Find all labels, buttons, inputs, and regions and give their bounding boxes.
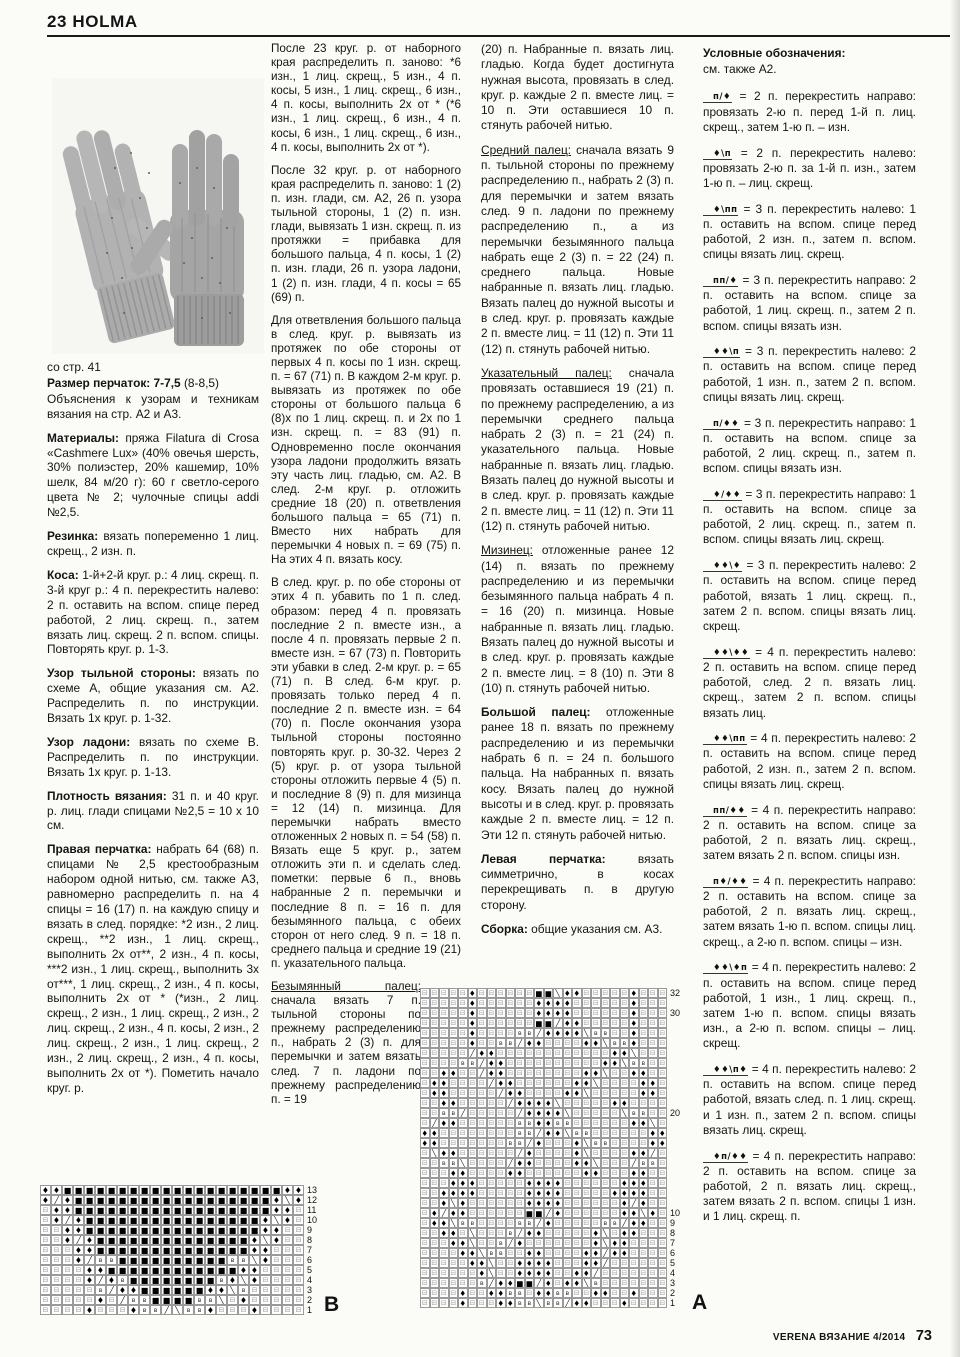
- page-title: 23 HOLMA: [47, 12, 138, 32]
- chart-cell: ⊟: [658, 1198, 668, 1208]
- chart-cell: ⊟: [62, 1305, 73, 1315]
- chart-cell: ⊟: [496, 1268, 506, 1278]
- chart-cell: ⊟: [629, 1138, 639, 1148]
- chart-cell: ■: [150, 1235, 161, 1245]
- chart-cell: ⊟: [534, 1078, 544, 1088]
- chart-cell: ⊟: [439, 1178, 449, 1188]
- chart-row: ⊟⊟⊟⊟⊟♦⊟⊟⊟⊟⊟⊟♦♦♦♦⊟⊟⊟⊟⊟⊟♦⊟⊟⊟30: [420, 1008, 680, 1018]
- chart-cell: ■: [161, 1185, 172, 1195]
- chart-cell: ╲: [468, 1228, 478, 1238]
- chart-cell: ⊟: [601, 1178, 611, 1188]
- chart-cell: ⊟: [458, 1278, 468, 1288]
- chart-cell: ♦: [515, 1088, 525, 1098]
- chart-cell: ⊟: [487, 1118, 497, 1128]
- chart-cell: ⊟: [572, 1188, 582, 1198]
- chart-cell: ♦: [458, 1288, 468, 1298]
- chart-cell: ⊟: [658, 1078, 668, 1088]
- chart-cell: ♦: [629, 1118, 639, 1128]
- chart-cell: ⊟: [282, 1245, 293, 1255]
- chart-cell: ♦: [205, 1285, 216, 1295]
- chart-cell: ■: [183, 1265, 194, 1275]
- chart-cell: ⊟: [620, 1168, 630, 1178]
- chart-cell: ⊟: [658, 1018, 668, 1028]
- chart-cell: ■: [161, 1195, 172, 1205]
- chart-cell: ⊟: [430, 998, 440, 1008]
- chart-cell: ♦: [620, 1098, 630, 1108]
- chart-cell: ⊟: [260, 1285, 271, 1295]
- chart-cell: ⊟: [658, 1088, 668, 1098]
- chart-cell: ⊟: [648, 1288, 658, 1298]
- chart-cell: ♦: [95, 1295, 106, 1305]
- chart-cell: ♦: [506, 1088, 516, 1098]
- chart-cell: ♦: [84, 1245, 95, 1255]
- chart-cell: ⊟: [282, 1255, 293, 1265]
- chart-cell: ⊟: [658, 1188, 668, 1198]
- chart-cell: ♦: [238, 1295, 249, 1305]
- chart-cell: ⊟: [293, 1305, 304, 1315]
- chart-cell: ╲: [601, 1068, 611, 1078]
- stitch-symbol-icon: пп/♦: [703, 277, 738, 287]
- chart-cell: ⊟: [73, 1275, 84, 1285]
- chart-cell: ♦: [534, 1008, 544, 1018]
- chart-cell: ⊟: [420, 1038, 430, 1048]
- chart-cell: ⊟: [582, 1208, 592, 1218]
- chart-cell: ⊟: [477, 1028, 487, 1038]
- chart-cell: ⊟: [430, 988, 440, 998]
- chart-cell: ╱: [544, 1208, 554, 1218]
- chart-cell: ⊟: [620, 1088, 630, 1098]
- chart-cell: ⊟: [553, 1058, 563, 1068]
- chart-cell: ♦: [458, 1178, 468, 1188]
- chart-cell: ⊟: [487, 1008, 497, 1018]
- chart-cell: ⊟: [260, 1305, 271, 1315]
- chart-cell: ■: [216, 1215, 227, 1225]
- chart-cell: ⊟: [639, 998, 649, 1008]
- chart-cell: ♦: [40, 1195, 51, 1205]
- chart-row: ⊟⊟⊟⊟⊟в╱♦♦■■■■■■♦♦╲в⊟⊟⊟⊟⊟3: [40, 1285, 317, 1295]
- chart-cell: ♦: [534, 1098, 544, 1108]
- chart-cell: ⊟: [601, 1128, 611, 1138]
- chart-cell: ■: [150, 1215, 161, 1225]
- chart-cell: ■: [260, 1195, 271, 1205]
- chart-cell: ♦: [468, 1038, 478, 1048]
- chart-cell: ⊟: [506, 1118, 516, 1128]
- paragraph-label: Резинка:: [47, 529, 98, 543]
- chart-cell: ♦: [84, 1235, 95, 1245]
- chart-row-number: 20: [670, 1108, 680, 1118]
- chart-cell: ⊟: [639, 1028, 649, 1038]
- chart-cell: ♦: [544, 1108, 554, 1118]
- chart-cell: ⊟: [563, 1188, 573, 1198]
- chart-cell: ⊟: [496, 988, 506, 998]
- chart-cell: ╱: [458, 1108, 468, 1118]
- chart-cell: ■: [161, 1255, 172, 1265]
- chart-cell: ⊟: [249, 1295, 260, 1305]
- chart-cell: ⊟: [648, 1048, 658, 1058]
- chart-cell: ■: [84, 1225, 95, 1235]
- chart-cell: ⊟: [544, 1228, 554, 1238]
- chart-cell: ⊟: [271, 1305, 282, 1315]
- chart-cell: ♦: [458, 1238, 468, 1248]
- chart-cell: ⊟: [420, 1028, 430, 1038]
- chart-cell: в: [525, 1028, 535, 1038]
- chart-cell: ⊟: [496, 1008, 506, 1018]
- chart-cell: ⊟: [282, 1275, 293, 1285]
- chart-a-label: А: [692, 1291, 707, 1315]
- chart-cell: ♦: [496, 1078, 506, 1088]
- chart-row: ⊟⊟♦╱♦■■■■■■■■■■■■■■♦╲♦⊟⊟8: [40, 1235, 317, 1245]
- chart-cell: ⊟: [62, 1255, 73, 1265]
- chart-cell: ■: [128, 1225, 139, 1235]
- chart-cell: ⊟: [106, 1305, 117, 1315]
- chart-cell: ⊟: [439, 1168, 449, 1178]
- paragraph: Средний палец: сначала вязать 9 п. тыльн…: [481, 143, 674, 357]
- chart-cell: ╲: [620, 1108, 630, 1118]
- chart-cell: ⊟: [553, 1088, 563, 1098]
- chart-cell: ■: [238, 1205, 249, 1215]
- chart-cell: ■: [139, 1255, 150, 1265]
- chart-cell: ♦: [648, 1128, 658, 1138]
- legend-item: ♦♦\пп = 4 п. перекрестить налево: 2 п. о…: [703, 731, 916, 792]
- chart-cell: ♦: [563, 1278, 573, 1288]
- chart-cell: ⊟: [639, 1238, 649, 1248]
- chart-cell: ⊟: [449, 1058, 459, 1068]
- column-1: со стр. 41Размер перчаток: 7-7,5 (8-8,5)…: [47, 360, 259, 1105]
- chart-cell: ♦: [544, 1028, 554, 1038]
- chart-cell: ⊟: [40, 1245, 51, 1255]
- chart-cell: в: [216, 1275, 227, 1285]
- chart-cell: ⊟: [458, 988, 468, 998]
- chart-cell: ⊟: [572, 1238, 582, 1248]
- chart-cell: ⊟: [610, 1118, 620, 1128]
- chart-cell: ♦: [534, 1138, 544, 1148]
- chart-cell: ■: [183, 1275, 194, 1285]
- chart-cell: ■: [172, 1195, 183, 1205]
- chart-cell: ♦: [62, 1195, 73, 1205]
- chart-cell: ♦: [658, 1128, 668, 1138]
- chart-cell: ♦: [572, 1298, 582, 1308]
- chart-cell: ■: [172, 1215, 183, 1225]
- chart-cell: ♦: [563, 1028, 573, 1038]
- chart-cell: ■: [128, 1265, 139, 1275]
- chart-cell: ⊟: [601, 1018, 611, 1028]
- chart-cell: ■: [172, 1245, 183, 1255]
- chart-cell: ♦: [496, 1058, 506, 1068]
- chart-cell: ⊟: [658, 1118, 668, 1128]
- chart-cell: ⊟: [468, 1198, 478, 1208]
- chart-cell: ⊟: [572, 1038, 582, 1048]
- chart-cell: ♦: [282, 1205, 293, 1215]
- chart-cell: ⊟: [439, 1258, 449, 1268]
- chart-cell: ╱: [477, 1058, 487, 1068]
- chart-cell: ⊟: [572, 1228, 582, 1238]
- chart-cell: ╲: [249, 1255, 260, 1265]
- chart-cell: ⊟: [293, 1285, 304, 1295]
- chart-cell: ⊟: [534, 1058, 544, 1068]
- legend-item: ♦п/♦♦ = 4 п. перекрестить направо: 2 п. …: [703, 1149, 916, 1225]
- chart-cell: ♦: [572, 1158, 582, 1168]
- chart-cell: ■: [106, 1215, 117, 1225]
- chart-cell: ⊟: [525, 1078, 535, 1088]
- chart-cell: ♦: [439, 1218, 449, 1228]
- chart-cell: ⊟: [639, 1138, 649, 1148]
- chart-cell: ♦: [544, 1268, 554, 1278]
- chart-cell: ⊟: [620, 988, 630, 998]
- chart-cell: ♦: [525, 1038, 535, 1048]
- chart-row-number: 13: [307, 1185, 317, 1195]
- chart-cell: ╱: [563, 1298, 573, 1308]
- chart-cell: ♦: [271, 1205, 282, 1215]
- chart-cell: ♦: [572, 1148, 582, 1158]
- chart-cell: ♦: [430, 1218, 440, 1228]
- chart-cell: ╲: [553, 988, 563, 998]
- chart-cell: ⊟: [515, 1018, 525, 1028]
- chart-cell: ⊟: [544, 1048, 554, 1058]
- chart-cell: ♦: [629, 1038, 639, 1048]
- chart-cell: ♦: [468, 1028, 478, 1038]
- paragraph: Указательный палец: сначала провязать ос…: [481, 366, 674, 534]
- chart-cell: ♦: [477, 1048, 487, 1058]
- chart-cell: ■: [139, 1185, 150, 1195]
- chart-cell: в: [496, 1238, 506, 1248]
- chart-cell: в: [563, 1288, 573, 1298]
- chart-cell: ⊟: [572, 1058, 582, 1068]
- chart-cell: ⊟: [563, 1238, 573, 1248]
- chart-cell: ♦: [582, 1258, 592, 1268]
- chart-cell: ♦: [629, 1228, 639, 1238]
- chart-cell: ♦: [117, 1285, 128, 1295]
- chart-cell: ╲: [477, 1248, 487, 1258]
- chart-cell: ♦: [544, 1098, 554, 1108]
- chart-cell: ⊟: [487, 1298, 497, 1308]
- chart-cell: ♦: [62, 1235, 73, 1245]
- chart-cell: ■: [95, 1225, 106, 1235]
- chart-cell: ⊟: [477, 1118, 487, 1128]
- chart-cell: ⊟: [591, 1148, 601, 1158]
- chart-cell: ⊟: [458, 1038, 468, 1048]
- chart-cell: ■: [150, 1255, 161, 1265]
- chart-cell: ♦: [439, 1088, 449, 1098]
- chart-cell: ⊟: [572, 1218, 582, 1228]
- chart-cell: ⊟: [51, 1295, 62, 1305]
- chart-cell: ⊟: [430, 1028, 440, 1038]
- chart-cell: ♦: [639, 1218, 649, 1228]
- chart-cell: ⊟: [487, 1218, 497, 1228]
- chart-cell: ⊟: [227, 1295, 238, 1305]
- chart-cell: ⊟: [51, 1285, 62, 1295]
- chart-cell: ⊟: [260, 1295, 271, 1305]
- chart-cell: ⊟: [582, 1188, 592, 1198]
- chart-cell: ⊟: [496, 1188, 506, 1198]
- chart-cell: в: [227, 1255, 238, 1265]
- stitch-symbol-icon: п♦/♦♦: [703, 878, 748, 888]
- chart-cell: ♦: [106, 1275, 117, 1285]
- chart-cell: ⊟: [515, 1058, 525, 1068]
- chart-cell: ⊟: [658, 1158, 668, 1168]
- chart-cell: ⊟: [439, 998, 449, 1008]
- chart-cell: ♦: [620, 1178, 630, 1188]
- chart-cell: ♦: [591, 1248, 601, 1258]
- chart-cell: ⊟: [544, 1058, 554, 1068]
- chart-cell: ╲: [648, 1118, 658, 1128]
- chart-cell: ⊟: [458, 1098, 468, 1108]
- chart-cell: ⊟: [51, 1245, 62, 1255]
- chart-cell: в: [238, 1255, 249, 1265]
- chart-cell: ■: [161, 1285, 172, 1295]
- chart-cell: ♦: [439, 1098, 449, 1108]
- chart-cell: ♦: [591, 1038, 601, 1048]
- chart-cell: ■: [73, 1205, 84, 1215]
- chart-row: ⊟⊟⊟⊟⊟♦⊟⊟⊟⊟⊟⊟♦♦♦♦⊟⊟⊟⊟⊟⊟♦⊟⊟⊟: [420, 998, 680, 1008]
- chart-cell: ⊟: [544, 1148, 554, 1158]
- chart-cell: ♦: [591, 1168, 601, 1178]
- chart-row: ⊟⊟⊟⊟⊟♦⊟⊟⊟⊟⊟⊟■■╱♦♦⊟⊟⊟⊟⊟♦⊟⊟⊟: [420, 1018, 680, 1028]
- chart-cell: ⊟: [420, 1018, 430, 1028]
- paragraph-label: Средний палец:: [481, 143, 571, 157]
- chart-cell: ⊟: [658, 1268, 668, 1278]
- chart-cell: ⊟: [563, 1248, 573, 1258]
- chart-cell: ■: [172, 1235, 183, 1245]
- glove-photo: [52, 78, 264, 354]
- chart-cell: ♦: [534, 1198, 544, 1208]
- chart-row: ⊟⊟вв╲⊟⊟⊟⊟╱♦♦⊟⊟⊟⊟♦♦╲⊟⊟⊟╱вв⊟: [420, 1158, 680, 1168]
- paragraph: Большой палец: отложенные ранее 18 п. вя…: [481, 705, 674, 843]
- chart-cell: ♦: [553, 1008, 563, 1018]
- chart-cell: ♦: [534, 1188, 544, 1198]
- chart-cell: ╲: [534, 1298, 544, 1308]
- chart-cell: ⊟: [658, 1248, 668, 1258]
- magazine-name: VERENA ВЯЗАНИЕ 4/2014: [773, 1332, 905, 1343]
- chart-cell: ♦: [449, 1228, 459, 1238]
- chart-cell: ⊟: [420, 1218, 430, 1228]
- chart-cell: ⊟: [639, 1288, 649, 1298]
- chart-cell: ■: [227, 1245, 238, 1255]
- chart-cell: ⊟: [591, 1058, 601, 1068]
- legend-subtitle: см. также А2.: [703, 62, 916, 77]
- chart-cell: ⊟: [477, 1138, 487, 1148]
- chart-cell: ♦: [95, 1265, 106, 1275]
- chart-cell: ♦: [468, 988, 478, 998]
- chart-cell: ♦: [610, 1098, 620, 1108]
- chart-cell: ⊟: [601, 1268, 611, 1278]
- chart-row: ⊟⊟♦♦⊟⊟⊟⊟⊟╱♦♦♦♦╲⊟⊟⊟⊟⊟♦♦⊟⊟⊟⊟: [420, 1098, 680, 1108]
- chart-cell: ⊟: [591, 1188, 601, 1198]
- chart-cell: ⊟: [51, 1255, 62, 1265]
- chart-cell: ♦: [293, 1195, 304, 1205]
- chart-cell: ■: [117, 1195, 128, 1205]
- chart-cell: ♦: [430, 1128, 440, 1138]
- chart-cell: ⊟: [439, 1128, 449, 1138]
- chart-cell: ♦: [629, 998, 639, 1008]
- chart-cell: ⊟: [420, 1188, 430, 1198]
- chart-cell: ⊟: [458, 998, 468, 1008]
- chart-cell: ■: [106, 1245, 117, 1255]
- chart-cell: в: [117, 1275, 128, 1285]
- magazine-page: 23 HOLMA: [0, 0, 960, 1357]
- chart-row-number: 32: [670, 988, 680, 998]
- chart-cell: ⊟: [658, 1048, 668, 1058]
- chart-cell: ■: [95, 1185, 106, 1195]
- chart-cell: в: [601, 1218, 611, 1228]
- chart-cell: ⊟: [591, 998, 601, 1008]
- chart-cell: ⊟: [544, 1068, 554, 1078]
- chart-row: ⊟⊟⊟⊟⊟♦⊟⊟⊟⊟вв╱♦♦♦♦╲вв⊟⊟♦⊟⊟⊟: [420, 1028, 680, 1038]
- chart-cell: ⊟: [591, 1298, 601, 1308]
- chart-cell: ■: [172, 1205, 183, 1215]
- chart-cell: ■: [238, 1235, 249, 1245]
- chart-cell: ⊟: [458, 1018, 468, 1028]
- chart-cell: ⊟: [506, 1268, 516, 1278]
- chart-cell: ■: [139, 1235, 150, 1245]
- chart-cell: в: [439, 1108, 449, 1118]
- chart-cell: ⊟: [525, 1058, 535, 1068]
- chart-cell: ⊟: [95, 1305, 106, 1315]
- chart-cell: ⊟: [420, 1108, 430, 1118]
- chart-cell: ♦: [534, 1228, 544, 1238]
- chart-cell: ⊟: [487, 1148, 497, 1158]
- chart-cell: ⊟: [572, 1098, 582, 1108]
- chart-cell: ⊟: [293, 1255, 304, 1265]
- chart-cell: ■: [172, 1225, 183, 1235]
- chart-cell: ╱: [629, 1158, 639, 1168]
- paragraph: Сборка: общие указания см. А3.: [481, 922, 674, 937]
- chart-cell: ⊟: [449, 1298, 459, 1308]
- chart-cell: ⊟: [534, 1238, 544, 1248]
- chart-cell: ♦: [591, 1258, 601, 1268]
- chart-cell: ♦: [458, 1248, 468, 1258]
- page-footer: VERENA ВЯЗАНИЕ 4/2014 73: [773, 1327, 932, 1345]
- chart-cell: в: [139, 1295, 150, 1305]
- chart-cell: ■: [106, 1205, 117, 1215]
- chart-cell: ⊟: [563, 1068, 573, 1078]
- chart-cell: ⊟: [40, 1205, 51, 1215]
- chart-cell: ⊟: [610, 1168, 620, 1178]
- chart-cell: ♦: [515, 1268, 525, 1278]
- chart-cell: ♦: [553, 1108, 563, 1118]
- chart-cell: ⊟: [639, 1268, 649, 1278]
- chart-cell: ♦: [620, 1248, 630, 1258]
- chart-cell: ♦: [439, 1068, 449, 1078]
- chart-cell: ╱: [515, 1108, 525, 1118]
- chart-cell: ⊟: [496, 1048, 506, 1058]
- chart-cell: ⊟: [249, 1285, 260, 1295]
- chart-cell: ⊟: [293, 1225, 304, 1235]
- chart-cell: ♦: [293, 1185, 304, 1195]
- chart-cell: ⊟: [582, 1288, 592, 1298]
- chart-cell: ⊟: [468, 1158, 478, 1168]
- chart-cell: ⊟: [572, 1258, 582, 1268]
- chart-cell: ⊟: [591, 1088, 601, 1098]
- chart-cell: ⊟: [544, 1158, 554, 1168]
- chart-cell: ♦: [610, 1058, 620, 1068]
- chart-cell: ⊟: [553, 1068, 563, 1078]
- chart-row: ⊟⊟вв╱⊟⊟⊟⊟⊟╱♦♦♦♦╲⊟⊟⊟⊟⊟╲вв⊟⊟20: [420, 1108, 680, 1118]
- chart-cell: ⊟: [658, 1238, 668, 1248]
- chart-cell: ⊟: [458, 1128, 468, 1138]
- chart-row: ⊟♦♦■■■■■■■■■■■■■■■■■■♦♦⊟11: [40, 1205, 317, 1215]
- chart-cell: ⊟: [496, 1258, 506, 1268]
- chart-cell: в: [553, 1118, 563, 1128]
- chart-cell: ╲: [282, 1195, 293, 1205]
- chart-cell: ⊟: [506, 1188, 516, 1198]
- chart-cell: ■: [128, 1255, 139, 1265]
- chart-cell: ╱: [439, 1208, 449, 1218]
- chart-cell: ♦: [525, 1188, 535, 1198]
- chart-cell: ⊟: [449, 998, 459, 1008]
- chart-cell: ⊟: [487, 1128, 497, 1138]
- chart-cell: ■: [205, 1205, 216, 1215]
- chart-cell: ⊟: [610, 1078, 620, 1088]
